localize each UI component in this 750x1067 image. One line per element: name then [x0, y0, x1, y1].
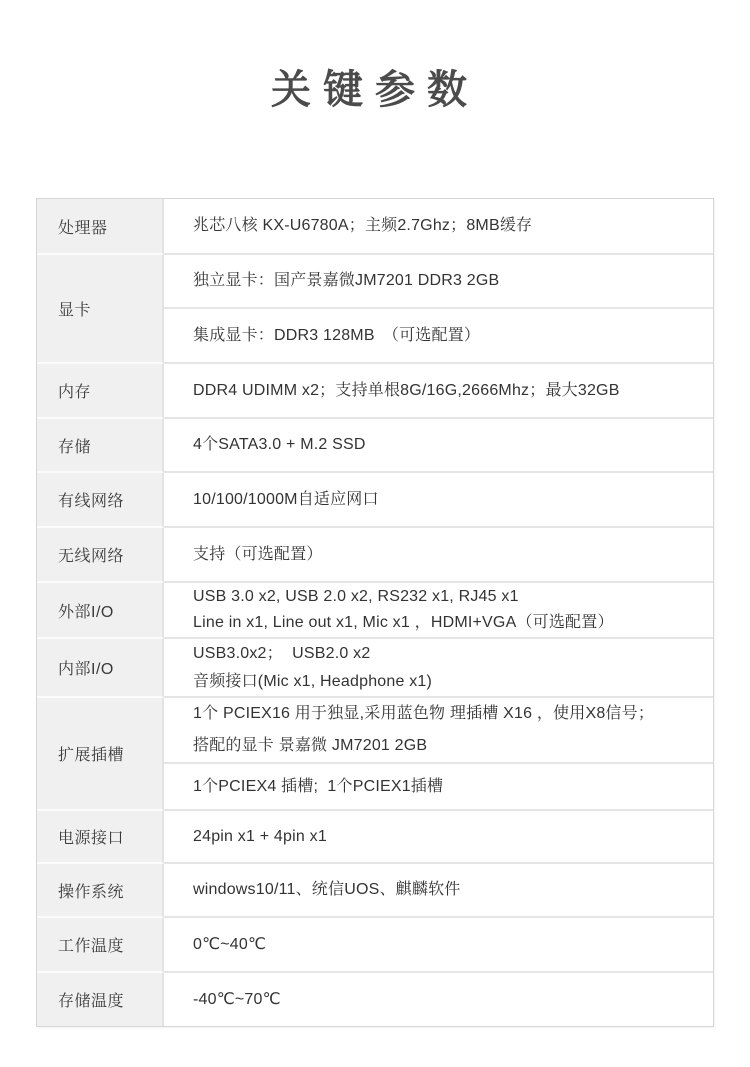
spec-value: DDR4 UDIMM x2；支持单根8G/16G,2666Mhz；最大32GB [164, 364, 713, 419]
table-row: 存储4个SATA3.0 + M.2 SSD [37, 419, 713, 473]
spec-value-line: 独立显卡：国产景嘉微JM7201 DDR3 2GB [193, 269, 705, 293]
table-row: 处理器兆芯八核 KX-U6780A；主频2.7Ghz；8MB缓存 [37, 199, 713, 255]
table-row: 存储温度-40℃~70℃ [37, 973, 713, 1026]
spec-value: 4个SATA3.0 + M.2 SSD [164, 419, 713, 473]
spec-value-stack: 0℃~40℃ [164, 918, 713, 973]
spec-value: USB 3.0 x2, USB 2.0 x2, RS232 x1, RJ45 x… [164, 583, 713, 639]
spec-label: 操作系统 [37, 864, 164, 918]
spec-value-line: windows10/11、统信UOS、麒麟软件 [193, 878, 705, 902]
spec-value-line: 音频接口(Mic x1, Headphone x1) [193, 668, 705, 696]
spec-value-stack: 24pin x1 + 4pin x1 [164, 811, 713, 864]
spec-value: 24pin x1 + 4pin x1 [164, 811, 713, 864]
spec-value: 兆芯八核 KX-U6780A；主频2.7Ghz；8MB缓存 [164, 199, 713, 255]
table-row: 内存DDR4 UDIMM x2；支持单根8G/16G,2666Mhz；最大32G… [37, 364, 713, 419]
spec-value-line: USB3.0x2； USB2.0 x2 [193, 640, 705, 668]
spec-value-stack: 1个 PCIEX16 用于独显,采用蓝色物 理插槽 X16 ，使用X8信号；搭配… [164, 698, 713, 811]
table-row: 无线网络支持（可选配置） [37, 528, 713, 583]
table-row: 内部I/OUSB3.0x2； USB2.0 x2音频接口(Mic x1, Hea… [37, 639, 713, 698]
spec-value-line: 搭配的显卡 景嘉微 JM7201 2GB [193, 730, 705, 762]
spec-value-line: 10/100/1000M自适应网口 [193, 488, 705, 512]
spec-value: -40℃~70℃ [164, 973, 713, 1026]
spec-value-line: USB 3.0 x2, USB 2.0 x2, RS232 x1, RJ45 x… [193, 584, 705, 610]
spec-value-line: 1个 PCIEX16 用于独显,采用蓝色物 理插槽 X16 ，使用X8信号； [193, 698, 705, 730]
spec-value-line: 1个PCIEX4 插槽; 1个PCIEX1插槽 [193, 775, 705, 799]
spec-value-stack: -40℃~70℃ [164, 973, 713, 1026]
spec-value: 独立显卡：国产景嘉微JM7201 DDR3 2GB [164, 255, 713, 309]
spec-label: 电源接口 [37, 811, 164, 864]
table-row: 显卡独立显卡：国产景嘉微JM7201 DDR3 2GB集成显卡：DDR3 128… [37, 255, 713, 364]
table-row: 扩展插槽1个 PCIEX16 用于独显,采用蓝色物 理插槽 X16 ，使用X8信… [37, 698, 713, 811]
spec-label: 工作温度 [37, 918, 164, 973]
page-title: 关键参数 [0, 62, 750, 118]
table-row: 工作温度0℃~40℃ [37, 918, 713, 973]
spec-value-line: 24pin x1 + 4pin x1 [193, 825, 705, 849]
spec-value-stack: 10/100/1000M自适应网口 [164, 473, 713, 528]
spec-value-stack: 兆芯八核 KX-U6780A；主频2.7Ghz；8MB缓存 [164, 199, 713, 255]
spec-label: 内部I/O [37, 639, 164, 698]
spec-value-stack: windows10/11、统信UOS、麒麟软件 [164, 864, 713, 918]
spec-value-line: 0℃~40℃ [193, 933, 705, 957]
spec-label: 存储 [37, 419, 164, 473]
spec-table: 处理器兆芯八核 KX-U6780A；主频2.7Ghz；8MB缓存显卡独立显卡：国… [36, 198, 714, 1027]
spec-value-line: Line in x1, Line out x1, Mic x1 ，HDMI+VG… [193, 610, 705, 636]
spec-value-stack: 独立显卡：国产景嘉微JM7201 DDR3 2GB集成显卡：DDR3 128MB… [164, 255, 713, 364]
table-row: 操作系统windows10/11、统信UOS、麒麟软件 [37, 864, 713, 918]
spec-label: 无线网络 [37, 528, 164, 583]
spec-value-stack: USB3.0x2； USB2.0 x2音频接口(Mic x1, Headphon… [164, 639, 713, 698]
spec-label: 显卡 [37, 255, 164, 364]
spec-label: 内存 [37, 364, 164, 419]
spec-value: 1个PCIEX4 插槽; 1个PCIEX1插槽 [164, 764, 713, 811]
spec-value: 1个 PCIEX16 用于独显,采用蓝色物 理插槽 X16 ，使用X8信号；搭配… [164, 698, 713, 764]
spec-value-stack: USB 3.0 x2, USB 2.0 x2, RS232 x1, RJ45 x… [164, 583, 713, 639]
spec-value-line: 4个SATA3.0 + M.2 SSD [193, 433, 705, 457]
spec-value: 支持（可选配置） [164, 528, 713, 583]
spec-value: USB3.0x2； USB2.0 x2音频接口(Mic x1, Headphon… [164, 639, 713, 698]
spec-value-stack: 支持（可选配置） [164, 528, 713, 583]
table-row: 外部I/OUSB 3.0 x2, USB 2.0 x2, RS232 x1, R… [37, 583, 713, 639]
spec-label: 有线网络 [37, 473, 164, 528]
spec-value-line: 集成显卡：DDR3 128MB （可选配置） [193, 324, 705, 348]
table-row: 有线网络10/100/1000M自适应网口 [37, 473, 713, 528]
spec-value-line: 支持（可选配置） [193, 543, 705, 567]
spec-value-stack: 4个SATA3.0 + M.2 SSD [164, 419, 713, 473]
spec-value: windows10/11、统信UOS、麒麟软件 [164, 864, 713, 918]
spec-label: 外部I/O [37, 583, 164, 639]
spec-value-line: -40℃~70℃ [193, 988, 705, 1012]
spec-value: 0℃~40℃ [164, 918, 713, 973]
spec-value-line: DDR4 UDIMM x2；支持单根8G/16G,2666Mhz；最大32GB [193, 379, 705, 403]
spec-value: 10/100/1000M自适应网口 [164, 473, 713, 528]
spec-value-stack: DDR4 UDIMM x2；支持单根8G/16G,2666Mhz；最大32GB [164, 364, 713, 419]
table-row: 电源接口24pin x1 + 4pin x1 [37, 811, 713, 864]
spec-label: 扩展插槽 [37, 698, 164, 811]
spec-value: 集成显卡：DDR3 128MB （可选配置） [164, 309, 713, 364]
spec-value-line: 兆芯八核 KX-U6780A；主频2.7Ghz；8MB缓存 [193, 214, 705, 238]
spec-label: 存储温度 [37, 973, 164, 1026]
spec-label: 处理器 [37, 199, 164, 255]
